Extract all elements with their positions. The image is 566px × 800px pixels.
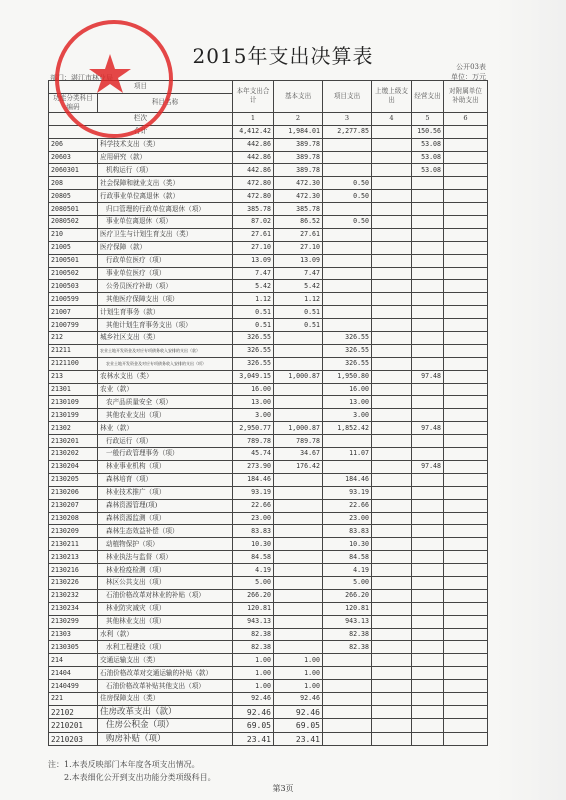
header-name: 科目名称 <box>98 93 233 112</box>
row-value <box>372 667 412 680</box>
row-value: 97.48 <box>412 422 444 435</box>
row-value <box>372 138 412 151</box>
row-value <box>372 332 412 345</box>
row-value <box>323 705 372 719</box>
row-code: 2130232 <box>49 589 98 602</box>
row-value: 0.50 <box>323 177 372 190</box>
row-value <box>323 241 372 254</box>
row-code: 2100502 <box>49 267 98 280</box>
table-row: 21211农业土地开发资金及对应专项债务收入安排的支出（款）326.55326.… <box>49 344 488 357</box>
row-code: 221 <box>49 692 98 705</box>
row-code: 214 <box>49 654 98 667</box>
row-value <box>372 280 412 293</box>
row-value <box>444 383 488 396</box>
table-row: 210医疗卫生与计划生育支出（类）27.6127.61 <box>49 228 488 241</box>
row-value: 1.12 <box>274 293 323 306</box>
row-value: 1,000.87 <box>274 422 323 435</box>
row-value: 69.05 <box>274 719 323 733</box>
table-row: 2210203购房补贴（项）23.4123.41 <box>49 732 488 746</box>
table-row: 2130232石油价格改革对林业的补贴（项）266.20266.20 <box>49 589 488 602</box>
row-value <box>444 499 488 512</box>
row-name: 归口管理的行政单位离退休（项） <box>98 203 233 216</box>
row-value <box>444 241 488 254</box>
column-index: 5 <box>412 112 444 125</box>
row-value: 22.66 <box>233 499 274 512</box>
row-code: 2130206 <box>49 486 98 499</box>
row-value: 120.81 <box>323 602 372 615</box>
row-name: 事业单位离退休（项） <box>98 216 233 229</box>
row-value <box>444 628 488 641</box>
row-value <box>372 460 412 473</box>
row-value: 4.19 <box>233 564 274 577</box>
row-code: 2130205 <box>49 473 98 486</box>
row-value <box>274 615 323 628</box>
table-row: 2080501归口管理的行政单位离退休（项）385.78385.78 <box>49 203 488 216</box>
row-value <box>412 267 444 280</box>
column-index: 6 <box>444 112 488 125</box>
row-name: 林业检疫检测（项） <box>98 564 233 577</box>
row-code: 2130213 <box>49 551 98 564</box>
row-value <box>412 654 444 667</box>
row-value <box>412 732 444 746</box>
row-value <box>274 628 323 641</box>
row-value <box>372 435 412 448</box>
table-row: 2130199其他农业支出（项）3.003.00 <box>49 409 488 422</box>
row-value: 53.08 <box>412 151 444 164</box>
row-value <box>412 435 444 448</box>
row-name: 森林资源监测（项） <box>98 512 233 525</box>
row-value <box>444 705 488 719</box>
row-value: 13.00 <box>233 396 274 409</box>
row-value <box>372 228 412 241</box>
row-value <box>372 589 412 602</box>
row-value <box>274 332 323 345</box>
row-value <box>372 344 412 357</box>
row-code: 2060301 <box>49 164 98 177</box>
row-value <box>444 551 488 564</box>
row-value: 266.20 <box>233 589 274 602</box>
column-index: 4 <box>372 112 412 125</box>
row-name: 应用研究（款） <box>98 151 233 164</box>
row-value <box>274 602 323 615</box>
row-value <box>444 448 488 461</box>
row-value <box>412 228 444 241</box>
row-code: 2100501 <box>49 254 98 267</box>
row-value: 27.10 <box>233 241 274 254</box>
row-value: 97.48 <box>412 460 444 473</box>
table-row: 2121100农业土地开发资金及对应专项债务收入安排的支出（项）326.5532… <box>49 357 488 370</box>
row-value <box>444 151 488 164</box>
row-code: 21303 <box>49 628 98 641</box>
row-value <box>274 383 323 396</box>
row-code: 2080502 <box>49 216 98 229</box>
row-value <box>323 151 372 164</box>
row-value <box>444 357 488 370</box>
row-name: 行政事业单位离退休（款） <box>98 190 233 203</box>
row-value: 92.46 <box>274 705 323 719</box>
row-code: 2130208 <box>49 512 98 525</box>
row-value <box>444 370 488 383</box>
row-value: 389.78 <box>274 138 323 151</box>
row-value <box>444 319 488 332</box>
note-1: 注：1.本表反映部门本年度各项支出情况。 <box>48 758 216 771</box>
row-value: 1.00 <box>274 680 323 693</box>
row-value: 4.19 <box>323 564 372 577</box>
row-value <box>444 190 488 203</box>
table-row: 2130299其他林业支出（项）943.13943.13 <box>49 615 488 628</box>
table-row: 21303水利（款）82.3882.38 <box>49 628 488 641</box>
row-name: 计划生育事务（款） <box>98 306 233 319</box>
row-value <box>323 732 372 746</box>
row-value <box>323 280 372 293</box>
row-value <box>323 138 372 151</box>
row-value <box>412 319 444 332</box>
row-value: 5.00 <box>323 576 372 589</box>
row-value: 472.30 <box>274 190 323 203</box>
row-value: 13.09 <box>274 254 323 267</box>
row-value <box>323 460 372 473</box>
row-value <box>274 344 323 357</box>
row-value: 3,049.15 <box>233 370 274 383</box>
row-name: 医疗卫生与计划生育支出（类） <box>98 228 233 241</box>
row-value: 1.12 <box>233 293 274 306</box>
row-value: 87.02 <box>233 216 274 229</box>
row-value <box>274 564 323 577</box>
row-value <box>412 705 444 719</box>
table-row: 2210201住房公积金（项）69.0569.05 <box>49 719 488 733</box>
row-value <box>412 203 444 216</box>
table-row: 22102住房改革支出（款）92.4692.46 <box>49 705 488 719</box>
row-code: 2210201 <box>49 719 98 733</box>
row-value: 1.00 <box>233 680 274 693</box>
row-code: 21005 <box>49 241 98 254</box>
row-value <box>274 525 323 538</box>
row-value <box>444 138 488 151</box>
row-value <box>444 512 488 525</box>
row-value <box>412 512 444 525</box>
row-name: 住房改革支出（款） <box>98 705 233 719</box>
row-value: 943.13 <box>233 615 274 628</box>
table-row: 20805行政事业单位离退休（款）472.80472.300.50 <box>49 190 488 203</box>
row-value <box>444 525 488 538</box>
row-value: 16.00 <box>233 383 274 396</box>
row-value <box>444 667 488 680</box>
row-value: 326.55 <box>323 344 372 357</box>
row-value <box>444 692 488 705</box>
row-name: 森林资源管理(项) <box>98 499 233 512</box>
row-value: 84.58 <box>233 551 274 564</box>
row-value: 92.46 <box>233 705 274 719</box>
row-code: 21007 <box>49 306 98 319</box>
row-value <box>444 435 488 448</box>
row-value <box>372 551 412 564</box>
row-value <box>372 538 412 551</box>
table-row: 2130205森林培育（项）184.46184.46 <box>49 473 488 486</box>
row-value <box>412 190 444 203</box>
row-code: 2121100 <box>49 357 98 370</box>
row-value <box>444 473 488 486</box>
row-value <box>444 203 488 216</box>
row-value: 326.55 <box>323 332 372 345</box>
row-value <box>444 216 488 229</box>
row-code: 22102 <box>49 705 98 719</box>
row-code: 2130202 <box>49 448 98 461</box>
row-value: 0.51 <box>233 319 274 332</box>
row-value: 442.86 <box>233 164 274 177</box>
row-value <box>323 267 372 280</box>
row-value: 5.00 <box>233 576 274 589</box>
row-value <box>444 228 488 241</box>
row-value <box>444 538 488 551</box>
row-value <box>412 628 444 641</box>
table-row: 206科学技术支出（类）442.86389.7853.08 <box>49 138 488 151</box>
row-name: 交通运输支出（类） <box>98 654 233 667</box>
table-row: 2100599其他医疗保障支出（项）1.121.12 <box>49 293 488 306</box>
table-row: 2100502事业单位医疗（项）7.477.47 <box>49 267 488 280</box>
table-row: 2130234林业防灾减灾（项）120.81120.81 <box>49 602 488 615</box>
row-value: 23.41 <box>274 732 323 746</box>
row-value <box>372 306 412 319</box>
row-value <box>274 486 323 499</box>
row-name: 一般行政管理事务（项） <box>98 448 233 461</box>
row-value: 385.78 <box>233 203 274 216</box>
column-index-label: 栏次 <box>49 112 233 125</box>
row-value: 1,852.42 <box>323 422 372 435</box>
row-value: 1.00 <box>274 667 323 680</box>
row-name: 其他医疗保障支出（项） <box>98 293 233 306</box>
row-value <box>412 241 444 254</box>
row-value <box>372 293 412 306</box>
table-row: 2130216林业检疫检测（项）4.194.19 <box>49 564 488 577</box>
header-col-6: 对附属单位补助支出 <box>444 81 488 113</box>
row-value: 13.09 <box>233 254 274 267</box>
expenditure-table: 项目 本年支出合计 基本支出 项目支出 上缴上级支出 经营支出 对附属单位补助支… <box>48 80 488 746</box>
row-value <box>412 538 444 551</box>
row-value: 27.61 <box>274 228 323 241</box>
table-row: 2060301机构运行（项）442.86389.7853.08 <box>49 164 488 177</box>
row-value: 11.07 <box>323 448 372 461</box>
row-value <box>372 525 412 538</box>
row-value <box>323 719 372 733</box>
row-value <box>444 564 488 577</box>
row-value: 326.55 <box>233 332 274 345</box>
row-value <box>412 589 444 602</box>
row-value <box>372 473 412 486</box>
table-row: 2130209森林生态效益补偿（项）83.8383.83 <box>49 525 488 538</box>
row-name: 科学技术支出（类） <box>98 138 233 151</box>
row-code: 2130209 <box>49 525 98 538</box>
row-value <box>372 602 412 615</box>
notes: 注：1.本表反映部门本年度各项支出情况。 2.本表细化公开到支出功能分类项级科目… <box>48 758 216 784</box>
row-value: 1,950.80 <box>323 370 372 383</box>
row-name: 水利工程建设（项） <box>98 641 233 654</box>
row-value <box>323 164 372 177</box>
row-name: 林区公共支出（项） <box>98 576 233 589</box>
table-row: 2130206林业技术推广（项）93.1993.19 <box>49 486 488 499</box>
row-name: 林业事业机构（项） <box>98 460 233 473</box>
row-value <box>412 396 444 409</box>
row-name: 农业土地开发资金及对应专项债务收入安排的支出（项） <box>98 357 233 370</box>
row-value <box>412 719 444 733</box>
total-value: 1,984.01 <box>274 125 323 138</box>
row-name: 森林生态效益补偿（项） <box>98 525 233 538</box>
row-value <box>274 409 323 422</box>
row-code: 2130305 <box>49 641 98 654</box>
table-row: 20603应用研究（款）442.86389.7853.08 <box>49 151 488 164</box>
row-code: 2100599 <box>49 293 98 306</box>
row-value: 53.08 <box>412 164 444 177</box>
row-value: 1.00 <box>233 667 274 680</box>
table-row: 2130208森林资源监测（项）23.0023.00 <box>49 512 488 525</box>
row-value <box>444 460 488 473</box>
row-value <box>412 641 444 654</box>
row-code: 2130216 <box>49 564 98 577</box>
row-value <box>372 164 412 177</box>
row-value <box>412 306 444 319</box>
row-value: 326.55 <box>233 357 274 370</box>
row-value <box>372 216 412 229</box>
row-value <box>444 422 488 435</box>
row-value <box>412 486 444 499</box>
row-value: 53.08 <box>412 138 444 151</box>
row-value <box>372 177 412 190</box>
table-row: 2130226林区公共支出（项）5.005.00 <box>49 576 488 589</box>
row-value: 472.80 <box>233 190 274 203</box>
row-value <box>274 641 323 654</box>
row-value: 2,950.77 <box>233 422 274 435</box>
row-value: 0.50 <box>323 190 372 203</box>
row-value <box>444 615 488 628</box>
header-col-1: 本年支出合计 <box>233 81 274 113</box>
table-row: 21302林业（款）2,950.771,000.871,852.4297.48 <box>49 422 488 435</box>
header-col-3: 项目支出 <box>323 81 372 113</box>
row-value: 389.78 <box>274 151 323 164</box>
row-code: 2130204 <box>49 460 98 473</box>
table-row: 2130211动植物保护（项）10.3010.30 <box>49 538 488 551</box>
row-name: 公务员医疗补助（项） <box>98 280 233 293</box>
total-value: 4,412.42 <box>233 125 274 138</box>
row-value <box>412 293 444 306</box>
row-value: 23.00 <box>323 512 372 525</box>
row-value: 442.86 <box>233 138 274 151</box>
row-name: 水利（款） <box>98 628 233 641</box>
row-name: 林业（款） <box>98 422 233 435</box>
row-value: 22.66 <box>323 499 372 512</box>
row-code: 2140499 <box>49 680 98 693</box>
row-name: 森林培育（项） <box>98 473 233 486</box>
table-row: 2130305水利工程建设（项）82.3882.38 <box>49 641 488 654</box>
row-name: 农产品质量安全（项） <box>98 396 233 409</box>
row-value: 1.00 <box>274 654 323 667</box>
total-label: 合计 <box>49 125 233 138</box>
document-page: 2015年支出决算表 公开03表 单位：万元 部门：湛江市林业局 项目 本年支出… <box>0 0 566 800</box>
row-value: 789.78 <box>274 435 323 448</box>
row-code: 213 <box>49 370 98 383</box>
row-code: 2100799 <box>49 319 98 332</box>
row-value: 1,000.87 <box>274 370 323 383</box>
row-code: 2130199 <box>49 409 98 422</box>
row-code: 21404 <box>49 667 98 680</box>
column-index: 2 <box>274 112 323 125</box>
row-value: 92.46 <box>233 692 274 705</box>
row-value: 1.00 <box>233 654 274 667</box>
row-value <box>372 357 412 370</box>
row-value <box>323 680 372 693</box>
row-value: 176.42 <box>274 460 323 473</box>
row-value <box>323 228 372 241</box>
row-value: 69.05 <box>233 719 274 733</box>
table-row: 214交通运输支出（类）1.001.00 <box>49 654 488 667</box>
row-value <box>444 602 488 615</box>
row-value: 82.38 <box>233 628 274 641</box>
row-value <box>412 525 444 538</box>
row-name: 行政单位医疗（项） <box>98 254 233 267</box>
row-value <box>274 357 323 370</box>
row-value <box>444 486 488 499</box>
row-value <box>372 654 412 667</box>
row-value <box>444 680 488 693</box>
row-value <box>412 602 444 615</box>
row-value: 0.51 <box>233 306 274 319</box>
row-name: 事业单位医疗（项） <box>98 267 233 280</box>
total-value: 150.56 <box>412 125 444 138</box>
header-project: 项目 <box>49 81 233 94</box>
row-value: 86.52 <box>274 216 323 229</box>
row-code: 210 <box>49 228 98 241</box>
row-value: 5.42 <box>274 280 323 293</box>
row-value <box>412 216 444 229</box>
row-value <box>372 422 412 435</box>
row-value <box>412 667 444 680</box>
header-code: 功能分类科目编码 <box>49 93 98 112</box>
table-row: 21404石油价格改革对交通运输的补贴（款）1.001.00 <box>49 667 488 680</box>
table-row: 21007计划生育事务（款）0.510.51 <box>49 306 488 319</box>
row-value <box>323 319 372 332</box>
row-value: 0.50 <box>323 216 372 229</box>
row-value: 97.48 <box>412 370 444 383</box>
table-row: 2100501行政单位医疗（项）13.0913.09 <box>49 254 488 267</box>
row-value: 13.00 <box>323 396 372 409</box>
row-value <box>444 332 488 345</box>
column-index: 3 <box>323 112 372 125</box>
row-value <box>444 732 488 746</box>
row-value <box>323 254 372 267</box>
row-value: 184.46 <box>233 473 274 486</box>
row-name: 石油价格改革对林业的补贴（项） <box>98 589 233 602</box>
row-value: 16.00 <box>323 383 372 396</box>
row-value <box>444 396 488 409</box>
row-value <box>372 680 412 693</box>
row-value: 7.47 <box>274 267 323 280</box>
row-value <box>444 293 488 306</box>
total-row: 合计 4,412.42 1,984.01 2,277.85 150.56 <box>49 125 488 138</box>
row-value <box>412 357 444 370</box>
row-name: 动植物保护（项） <box>98 538 233 551</box>
row-value <box>444 719 488 733</box>
row-value: 10.30 <box>233 538 274 551</box>
row-value: 23.41 <box>233 732 274 746</box>
table-row: 2130202一般行政管理事务（项）45.7434.6711.07 <box>49 448 488 461</box>
row-value: 0.51 <box>274 319 323 332</box>
row-value: 5.42 <box>233 280 274 293</box>
row-value <box>412 177 444 190</box>
row-code: 2130299 <box>49 615 98 628</box>
row-code: 20805 <box>49 190 98 203</box>
table-row: 2100799其他计划生育事务支出（项）0.510.51 <box>49 319 488 332</box>
row-value <box>444 306 488 319</box>
row-value <box>372 409 412 422</box>
row-name: 行政运行（项） <box>98 435 233 448</box>
